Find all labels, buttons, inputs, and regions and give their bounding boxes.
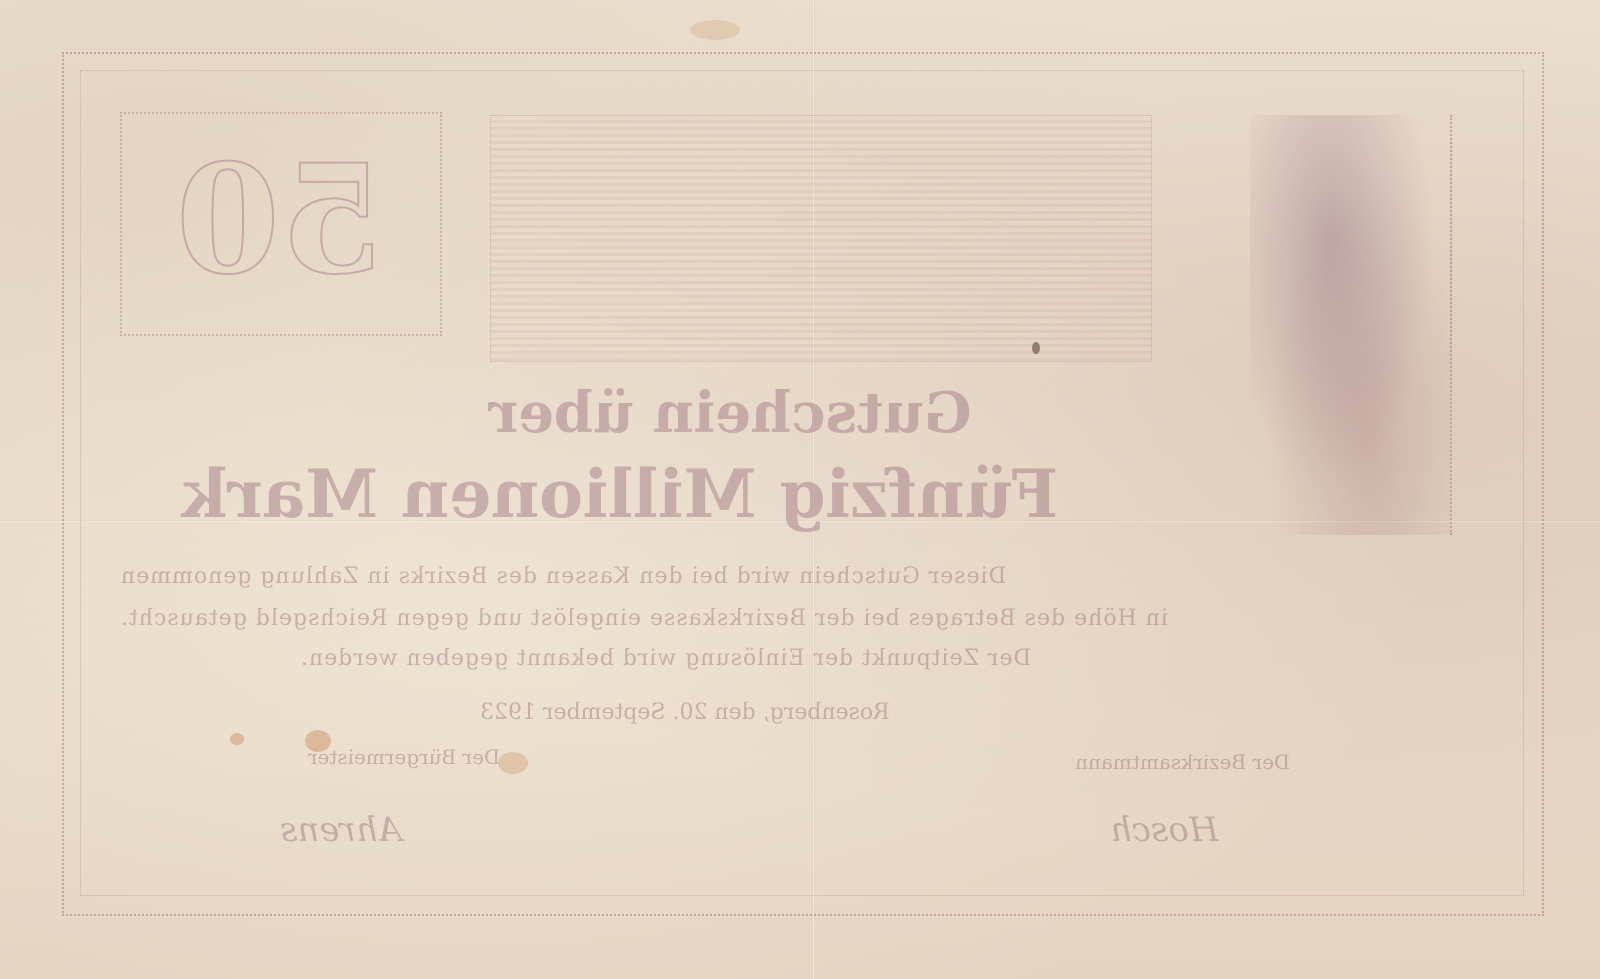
rust-stain <box>498 752 528 774</box>
paragraph-line-1: Dieser Gutschein wird bei den Kassen des… <box>120 564 1500 589</box>
place-date-line: Rosenberg, den 20. September 1923 <box>480 700 1180 725</box>
dirt-spot <box>1032 342 1040 354</box>
paragraph-line-2: in Höhe des Betrages bei der Bezirkskass… <box>120 606 1500 631</box>
denomination-numeral: 50 <box>140 130 420 310</box>
rust-stain <box>305 730 331 752</box>
portrait-vignette <box>1250 115 1452 535</box>
banknote-paper: 50 Gutschein über Fünfzig Millionen Mark… <box>0 0 1600 979</box>
signature-caption-left: Der Bürgermeister <box>260 745 500 769</box>
signature-caption-right: Der Bezirksamtmann <box>1030 750 1290 774</box>
signature-left: Ahrens <box>280 810 402 850</box>
rust-stain <box>690 20 740 40</box>
rust-stain <box>230 733 244 745</box>
signature-right: Hosch <box>1110 810 1219 850</box>
title-line-1: Gutschein über <box>380 380 1080 446</box>
engraved-vignette-panel <box>490 115 1152 362</box>
paragraph-line-3: Der Zeitpunkt der Einlösung wird bekannt… <box>300 646 1200 671</box>
title-line-2: Fünfzig Millionen Mark <box>120 455 1120 533</box>
